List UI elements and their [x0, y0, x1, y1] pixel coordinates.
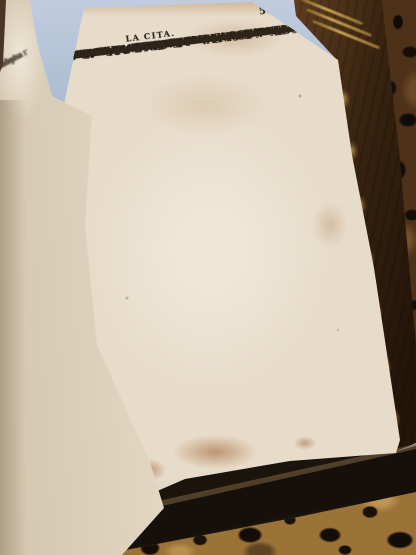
body-text: Síguela... Si se dirige al sitio en dond… — [59, 21, 319, 53]
photo-open-antique-book: LA CITA. 51 Síguela... Si se dirige al s… — [0, 0, 416, 555]
page-curl-shadow — [0, 100, 26, 555]
text-line: en el número 17, estamos en el 13 ¿parar… — [59, 22, 309, 63]
